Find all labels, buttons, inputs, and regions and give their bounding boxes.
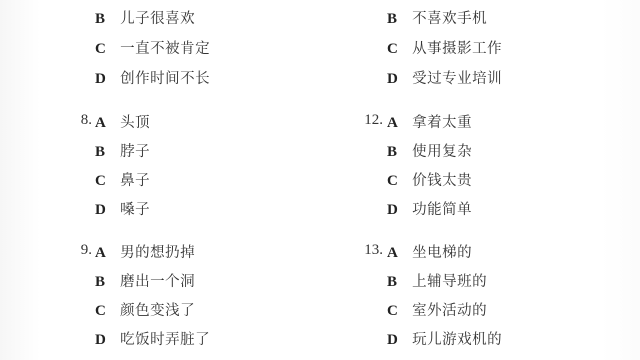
option-letter: A <box>95 243 115 263</box>
exam-page: B 儿子很喜欢 C 一直不被肯定 D 创作时间不长 B 不喜欢手机 C 从事摄影… <box>0 0 640 360</box>
option-d: D 嗓子 <box>95 199 150 219</box>
option-letter: D <box>95 330 115 350</box>
question-number: 12. <box>353 112 383 129</box>
option-letter: C <box>387 301 407 321</box>
option-text: 玩儿游戏机的 <box>412 330 502 350</box>
option-text: 鼻子 <box>120 171 150 191</box>
question-number: 9. <box>62 242 92 259</box>
option-text: 儿子很喜欢 <box>120 9 195 29</box>
option-letter: B <box>95 272 115 292</box>
option-text: 室外活动的 <box>412 301 487 321</box>
option-text: 使用复杂 <box>412 142 472 162</box>
option-letter: D <box>387 330 407 350</box>
option-text: 脖子 <box>120 142 150 162</box>
question-number: 8. <box>62 112 92 129</box>
option-a: A 男的想扔掉 <box>95 242 195 262</box>
option-letter: B <box>95 9 115 29</box>
option-text: 坐电梯的 <box>412 243 472 263</box>
option-a: A 拿着太重 <box>387 112 472 132</box>
option-text: 男的想扔掉 <box>120 243 195 263</box>
option-text: 创作时间不长 <box>120 69 210 89</box>
option-letter: A <box>387 113 407 133</box>
option-c: C 鼻子 <box>95 170 150 190</box>
option-d: D 吃饭时弄脏了 <box>95 329 210 349</box>
option-d: D 玩儿游戏机的 <box>387 329 502 349</box>
option-c: C 一直不被肯定 <box>95 38 210 58</box>
option-text: 上辅导班的 <box>412 272 487 292</box>
option-letter: D <box>95 69 115 89</box>
option-text: 功能简单 <box>412 200 472 220</box>
option-text: 颜色变浅了 <box>120 301 195 321</box>
option-b: B 脖子 <box>95 141 150 161</box>
option-b: B 磨出一个洞 <box>95 271 195 291</box>
option-letter: B <box>387 272 407 292</box>
option-d: D 功能简单 <box>387 199 472 219</box>
option-c: C 从事摄影工作 <box>387 38 502 58</box>
option-text: 嗓子 <box>120 200 150 220</box>
option-c: C 价钱太贵 <box>387 170 472 190</box>
option-letter: C <box>95 171 115 191</box>
option-letter: A <box>387 243 407 263</box>
option-letter: C <box>95 39 115 59</box>
option-b: B 儿子很喜欢 <box>95 8 195 28</box>
option-letter: B <box>95 142 115 162</box>
option-letter: D <box>95 200 115 220</box>
option-text: 受过专业培训 <box>412 69 502 89</box>
option-text: 磨出一个洞 <box>120 272 195 292</box>
option-text: 不喜欢手机 <box>412 9 487 29</box>
option-text: 吃饭时弄脏了 <box>120 330 210 350</box>
option-a: A 坐电梯的 <box>387 242 472 262</box>
option-c: C 室外活动的 <box>387 300 487 320</box>
option-letter: C <box>387 171 407 191</box>
option-letter: A <box>95 113 115 133</box>
option-letter: D <box>387 200 407 220</box>
option-a: A 头顶 <box>95 112 150 132</box>
option-text: 价钱太贵 <box>412 171 472 191</box>
option-text: 一直不被肯定 <box>120 39 210 59</box>
option-b: B 不喜欢手机 <box>387 8 487 28</box>
option-b: B 上辅导班的 <box>387 271 487 291</box>
option-letter: B <box>387 9 407 29</box>
option-letter: C <box>95 301 115 321</box>
option-text: 从事摄影工作 <box>412 39 502 59</box>
option-b: B 使用复杂 <box>387 141 472 161</box>
option-d: D 创作时间不长 <box>95 68 210 88</box>
option-letter: D <box>387 69 407 89</box>
option-text: 头顶 <box>120 113 150 133</box>
option-letter: C <box>387 39 407 59</box>
option-d: D 受过专业培训 <box>387 68 502 88</box>
option-text: 拿着太重 <box>412 113 472 133</box>
question-number: 13. <box>353 242 383 259</box>
option-c: C 颜色变浅了 <box>95 300 195 320</box>
option-letter: B <box>387 142 407 162</box>
